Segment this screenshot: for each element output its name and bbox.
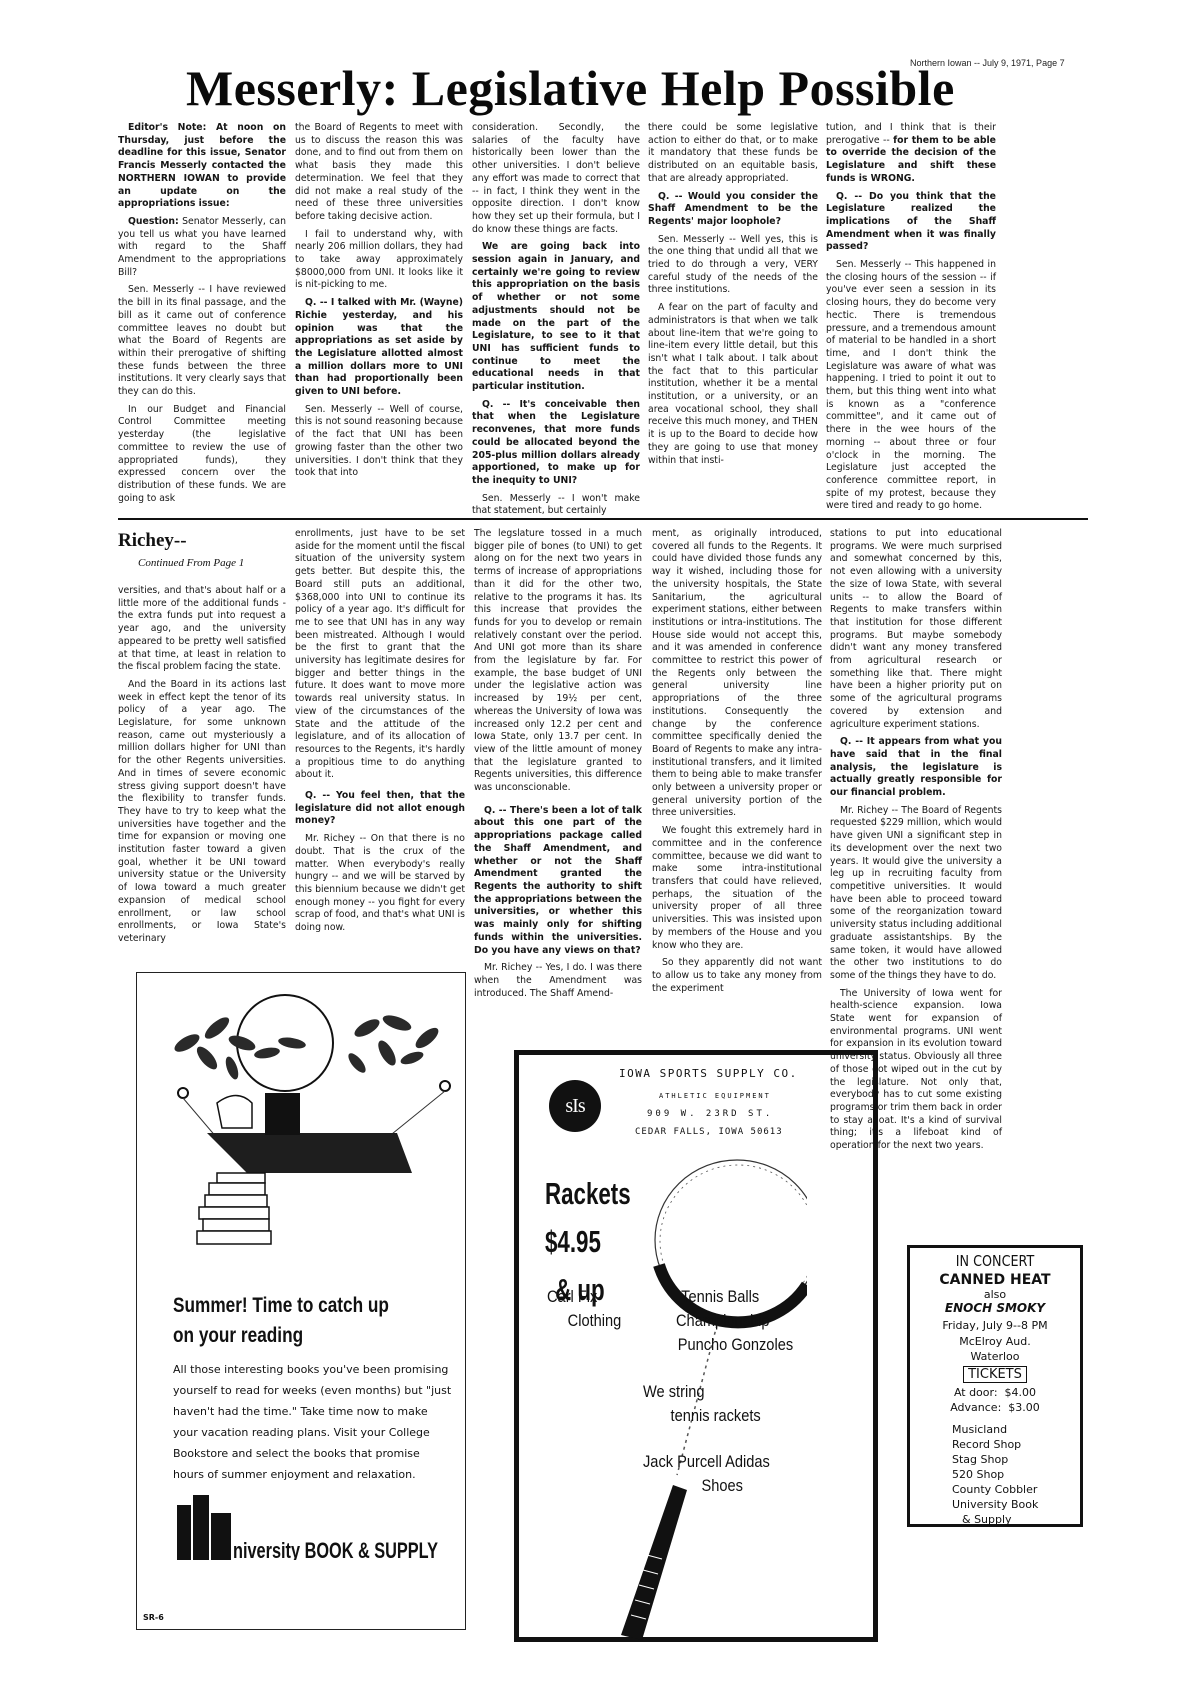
section-divider [118,518,1088,520]
leaves-left-icon [172,1014,307,1081]
racket-stringing-item: We string tennis rackets [643,1380,761,1428]
bookstore-body: All those interesting books you've been … [173,1359,453,1485]
tennis-balls-item: Tennis Balls Championship Puncho Gonzole… [676,1285,793,1357]
richey-column-1: versities, and that's about half or a li… [118,585,286,951]
concert-date: Friday, July 9--8 PM [910,1319,1080,1332]
hammock-reader-illustration [147,983,457,1248]
answer-paragraph: Sen. Messerly -- This happened in the cl… [826,259,996,513]
book-stack-icon [197,1173,271,1244]
body-paragraph: tution, and I think that is their prerog… [826,122,996,186]
emphasis-paragraph: We are going back into session again in … [472,241,640,393]
outlet: 520 Shop [952,1467,1080,1482]
question-paragraph: Q. -- You feel then, that the legislatur… [295,790,465,828]
body-paragraph: I fail to understand why, with nearly 20… [295,229,463,293]
store-city: CEDAR FALLS, IOWA 50613 [635,1127,783,1137]
messerly-column-3: consideration. Secondly, the salaries of… [472,122,640,523]
answer-paragraph: Sen. Messerly -- Well of course, this is… [295,404,463,480]
bookstore-ad: Summer! Time to catch up on your reading… [136,972,466,1630]
sis-logo-icon: sIs [549,1080,601,1132]
store-tagline: ATHLETIC EQUIPMENT [659,1092,771,1100]
ad-code: SR-6 [143,1613,164,1622]
concert-ad: IN CONCERT CANNED HEAT also ENOCH SMOKY … [907,1245,1083,1527]
editors-note: Editor's Note: At noon on Thursday, just… [118,122,286,211]
body-paragraph: In our Budget and Financial Control Comm… [118,404,286,506]
question-paragraph: Question: Senator Messerly, can you tell… [118,216,286,280]
ticket-outlets: Musicland Record Shop Stag Shop 520 Shop… [910,1422,1080,1527]
outlet: County Cobbler [952,1482,1080,1497]
outlet: & Supply [952,1512,1080,1527]
continued-from: Continued From Page 1 [138,557,244,569]
messerly-column-1: Editor's Note: At noon on Thursday, just… [118,122,286,510]
answer-paragraph: Mr. Richey -- On that there is no doubt.… [295,833,465,935]
richey-column-3: The legslature tossed in a much bigger p… [474,528,642,1005]
outlet: University Book [952,1497,1080,1512]
answer-paragraph: Mr. Richey -- The Board of Regents reque… [830,805,1002,983]
venue-city: Waterloo [910,1350,1080,1363]
question-paragraph: Q. -- Do you think that the Legislature … [826,191,996,255]
body-paragraph: enrollments, just have to be set aside f… [295,528,465,782]
body-paragraph: there could be some legislative action t… [648,122,818,186]
opener: ENOCH SMOKY [910,1301,1080,1315]
shoes-item: Jack Purcell Adidas Shoes [643,1450,770,1498]
messerly-column-5: tution, and I think that is their prerog… [826,122,996,518]
store-name: IOWA SPORTS SUPPLY CO. [619,1067,798,1080]
answer-paragraph: Sen. Messerly -- Well yes, this is the o… [648,234,818,298]
question-paragraph: Q. -- There's been a lot of talk about t… [474,805,642,957]
richey-column-4: ment, as originally introduced, covered … [652,528,822,1000]
body-paragraph: So they apparently did not want to allow… [652,957,822,995]
body-paragraph: consideration. Secondly, the salaries of… [472,122,640,236]
carl-fix-clothing: Carl Fix Clothing [547,1285,621,1333]
sports-supply-ad: sIs IOWA SPORTS SUPPLY CO. ATHLETIC EQUI… [514,1050,878,1642]
question-paragraph: Q. -- It appears from what you have said… [830,736,1002,800]
leaves-right-icon [345,1012,441,1075]
university-book-supply-logo: niversity BOOK & SUPPLY [173,1495,443,1560]
outlet: Stag Shop [952,1452,1080,1467]
answer-paragraph: Mr. Richey -- Yes, I do. I was there whe… [474,962,642,1000]
body-paragraph: We fought this extremely hard in committ… [652,825,822,952]
svg-text:niversity BOOK & SUPPLY: niversity BOOK & SUPPLY [233,1538,438,1560]
outlet: Musicland [952,1422,1080,1437]
store-address: 909 W. 23RD ST. [647,1109,773,1119]
also-label: also [910,1288,1080,1301]
body-paragraph: the Board of Regents to meet with us to … [295,122,463,224]
answer-paragraph: Sen. Messerly -- I won't make that state… [472,493,640,518]
headline: Messerly: Legislative Help Possible [186,63,955,113]
question-paragraph: Q. -- Would you consider the Shaff Amend… [648,191,818,229]
outlet: Record Shop [952,1437,1080,1452]
body-paragraph: stations to put into educational program… [830,528,1002,731]
body-paragraph: versities, and that's about half or a li… [118,585,286,674]
bookstore-headline: Summer! Time to catch up on your reading [173,1291,468,1351]
venue: McElroy Aud. [910,1335,1080,1348]
messerly-column-4: there could be some legislative action t… [648,122,818,472]
body-paragraph: The legslature tossed in a much bigger p… [474,528,642,795]
body-paragraph: ment, as originally introduced, covered … [652,528,822,820]
answer-paragraph: Sen. Messerly -- I have reviewed the bil… [118,284,286,398]
messerly-column-2: the Board of Regents to meet with us to … [295,122,463,485]
headliner: CANNED HEAT [910,1272,1080,1288]
question-paragraph: Q. -- It's conceivable then that when th… [472,399,640,488]
question-paragraph: Q. -- I talked with Mr. (Wayne) Richie y… [295,297,463,399]
richey-title: Richey-- [118,530,187,552]
body-paragraph: And the Board in its actions last week i… [118,679,286,946]
tickets-label: TICKETS [963,1366,1027,1383]
concert-intro: IN CONCERT [923,1252,1068,1270]
advance-price: Advance: $3.00 [910,1401,1080,1414]
body-paragraph: A fear on the part of faculty and admini… [648,302,818,467]
door-price: At door: $4.00 [910,1386,1080,1399]
richey-column-2: enrollments, just have to be set aside f… [295,528,465,940]
